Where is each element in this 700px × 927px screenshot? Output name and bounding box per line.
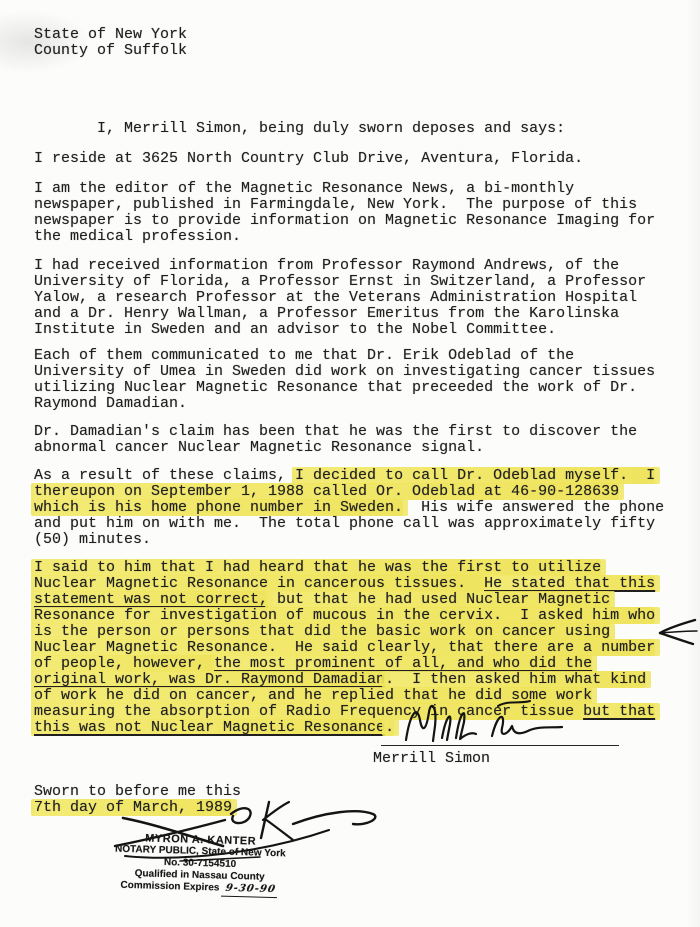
text-segment: Yalow, a research Professor at the Veter…	[34, 289, 637, 306]
venue-state: State of New York	[34, 27, 187, 43]
text-segment: He stated that this	[484, 575, 655, 592]
text-segment: original work, was Dr. Raymond Damadian	[34, 671, 385, 688]
text-segment: and a Dr. Henry Wallman, a Professor Eme…	[34, 305, 619, 322]
text-segment: utilizing Nuclear Magnetic Resonance tha…	[34, 379, 637, 396]
signatory-typed-name: Merrill Simon	[373, 751, 490, 767]
paragraph-call: As a result of these claims, I decided t…	[34, 468, 664, 548]
signature-rule	[381, 745, 619, 746]
text-segment: I reside at 3625 North Country Club Driv…	[34, 150, 583, 167]
text-segment: Dr. Damadian's claim has been that he wa…	[34, 423, 637, 440]
text-segment: His wife answered the phone	[403, 499, 664, 516]
notary-expires-date: 9-30-90	[221, 883, 280, 898]
text-segment: I, Merrill Simon, being duly sworn depos…	[97, 120, 565, 137]
text-line: Nuclear Magnetic Resonance in cancerous …	[34, 576, 655, 592]
text-segment: statement was not correct,	[34, 591, 268, 608]
text-line: Raymond Damadian.	[34, 396, 655, 412]
text-segment: thereupon on September 1, 1988 called Or…	[34, 483, 619, 500]
text-segment: and put him on with me. The total phone …	[34, 515, 655, 532]
text-line: (50) minutes.	[34, 532, 664, 548]
text-segment: . I then asked him what kind	[385, 671, 646, 688]
text-line: I, Merrill Simon, being duly sworn depos…	[34, 121, 565, 137]
affidavit-page: State of New York County of Suffolk I, M…	[0, 0, 700, 927]
text-line: original work, was Dr. Raymond Damadian.…	[34, 672, 655, 688]
text-segment: newspaper, published in Farmingdale, New…	[34, 196, 637, 213]
venue-county: County of Suffolk	[34, 43, 187, 59]
text-segment: abnormal cancer Nuclear Magnetic Resonan…	[34, 439, 484, 456]
text-segment: Nuclear Magnetic Resonance in cancerous …	[34, 575, 484, 592]
text-segment: but that	[583, 703, 655, 720]
text-line: newspaper is to provide information on M…	[34, 213, 655, 229]
text-segment: I decided to call Dr. Odeblad myself. I	[295, 467, 655, 484]
text-segment: the most prominent of all, and who did t…	[214, 655, 592, 672]
text-line: statement was not correct, but that he h…	[34, 592, 655, 608]
text-line: utilizing Nuclear Magnetic Resonance tha…	[34, 380, 655, 396]
text-line: is the person or persons that did the ba…	[34, 624, 655, 640]
text-segment: Nuclear Magnetic Resonance. He said clea…	[34, 639, 655, 656]
text-line: Each of them communicated to me that Dr.…	[34, 348, 655, 364]
text-segment: Each of them communicated to me that Dr.…	[34, 347, 574, 364]
text-line: Dr. Damadian's claim has been that he wa…	[34, 424, 637, 440]
text-segment: Resonance for investigation of mucous in…	[34, 607, 655, 624]
paragraph-opening: I, Merrill Simon, being duly sworn depos…	[34, 121, 565, 137]
text-segment: As a result of these claims,	[34, 467, 295, 484]
text-segment: University of Umea in Sweden did work on…	[34, 363, 655, 380]
text-segment: this was not Nuclear Magnetic Resonance	[34, 719, 385, 736]
text-segment: I said to him that I had heard that he w…	[34, 559, 601, 576]
text-line: Yalow, a research Professor at the Veter…	[34, 290, 646, 306]
text-line: and put him on with me. The total phone …	[34, 516, 664, 532]
text-segment: I am the editor of the Magnetic Resonanc…	[34, 180, 574, 197]
paragraph-editor: I am the editor of the Magnetic Resonanc…	[34, 181, 655, 245]
text-line: abnormal cancer Nuclear Magnetic Resonan…	[34, 440, 637, 456]
text-line: and a Dr. Henry Wallman, a Professor Eme…	[34, 306, 646, 322]
text-segment: is the person or persons that did the ba…	[34, 623, 610, 640]
text-line: I reside at 3625 North Country Club Driv…	[34, 151, 583, 167]
paragraph-residence: I reside at 3625 North Country Club Driv…	[34, 151, 583, 167]
text-line: Resonance for investigation of mucous in…	[34, 608, 655, 624]
text-line: newspaper, published in Farmingdale, New…	[34, 197, 655, 213]
text-line: the medical profession.	[34, 229, 655, 245]
text-line: University of Florida, a Professor Ernst…	[34, 274, 646, 290]
text-line: I had received information from Professo…	[34, 258, 646, 274]
text-line: University of Umea in Sweden did work on…	[34, 364, 655, 380]
notary-expires-label: Commission Expires	[120, 880, 219, 894]
text-segment: the medical profession.	[34, 228, 241, 245]
text-line: of people, however, the most prominent o…	[34, 656, 655, 672]
text-line: which is his home phone number in Sweden…	[34, 500, 664, 516]
text-segment: University of Florida, a Professor Ernst…	[34, 273, 646, 290]
notary-stamp: MYRON A. KANTER NOTARY PUBLIC, State of …	[99, 831, 301, 899]
paragraph-communicated: Each of them communicated to me that Dr.…	[34, 348, 655, 412]
paragraph-claim: Dr. Damadian's claim has been that he wa…	[34, 424, 637, 456]
text-line: Institute in Sweden and an advisor to th…	[34, 322, 646, 338]
text-line: thereupon on September 1, 1988 called Or…	[34, 484, 664, 500]
paragraph-received: I had received information from Professo…	[34, 258, 646, 338]
text-line: As a result of these claims, I decided t…	[34, 468, 664, 484]
text-segment: of people, however,	[34, 655, 214, 672]
text-segment: I had received information from Professo…	[34, 257, 619, 274]
text-segment: which is his home phone number in Sweden…	[34, 499, 403, 516]
text-segment: (50) minutes.	[34, 531, 151, 548]
text-segment: Raymond Damadian.	[34, 395, 187, 412]
merrill-simon-signature	[400, 698, 570, 744]
text-segment: .	[385, 719, 394, 736]
text-segment: newspaper is to provide information on M…	[34, 212, 655, 229]
text-line: I am the editor of the Magnetic Resonanc…	[34, 181, 655, 197]
margin-left-arrow-icon	[653, 617, 699, 651]
text-line: I said to him that I had heard that he w…	[34, 560, 655, 576]
text-segment: Institute in Sweden and an advisor to th…	[34, 321, 556, 338]
venue-caption: State of New York County of Suffolk	[34, 27, 187, 59]
text-line: Nuclear Magnetic Resonance. He said clea…	[34, 640, 655, 656]
text-segment: but that he had used Nuclear Magnetic	[268, 591, 610, 608]
